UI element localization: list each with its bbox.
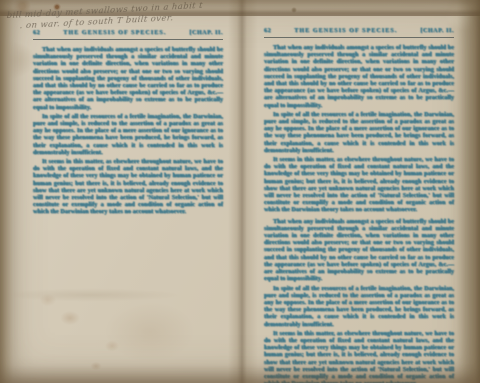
left-page: 62 THE GENESIS OF SPECIES. [CHAP. II. Th… <box>14 0 236 383</box>
paragraph: It seems in this matter, as elsewhere th… <box>33 159 223 217</box>
running-header: 62 THE GENESIS OF SPECIES. [CHAP. II. <box>33 30 223 36</box>
header-rule <box>33 39 223 40</box>
book-scan: bill mid-day met swallows two in a habit… <box>0 0 480 383</box>
running-title: THE GENESIS OF SPECIES. <box>294 28 397 34</box>
page-body-repeated: That when any individuals amongst a spec… <box>264 219 454 383</box>
paragraph: In spite of all the resources of a ferti… <box>264 286 454 329</box>
paragraph: It seems in this matter, as elsewhere th… <box>264 331 454 383</box>
paragraph: In spite of all the resources of a ferti… <box>264 112 454 155</box>
paragraph: In spite of all the resources of a ferti… <box>33 114 223 157</box>
running-header: 62 THE GENESIS OF SPECIES. [CHAP. II. <box>264 28 454 34</box>
paragraph: It seems in this matter, as elsewhere th… <box>264 157 454 215</box>
page-number: 62 <box>264 28 271 34</box>
right-page: 62 THE GENESIS OF SPECIES. [CHAP. II. Th… <box>246 0 468 383</box>
page-body: That when any individuals amongst a spec… <box>33 47 223 217</box>
header-rule <box>264 37 454 38</box>
paragraph: That when any individuals amongst a spec… <box>33 47 223 112</box>
paragraph: That when any individuals amongst a spec… <box>264 45 454 110</box>
running-title: THE GENESIS OF SPECIES. <box>63 30 166 36</box>
paragraph: That when any individuals amongst a spec… <box>264 219 454 284</box>
chapter-ref: [CHAP. II. <box>189 30 223 36</box>
page-body: That when any individuals amongst a spec… <box>264 45 454 215</box>
chapter-ref: [CHAP. II. <box>420 28 454 34</box>
